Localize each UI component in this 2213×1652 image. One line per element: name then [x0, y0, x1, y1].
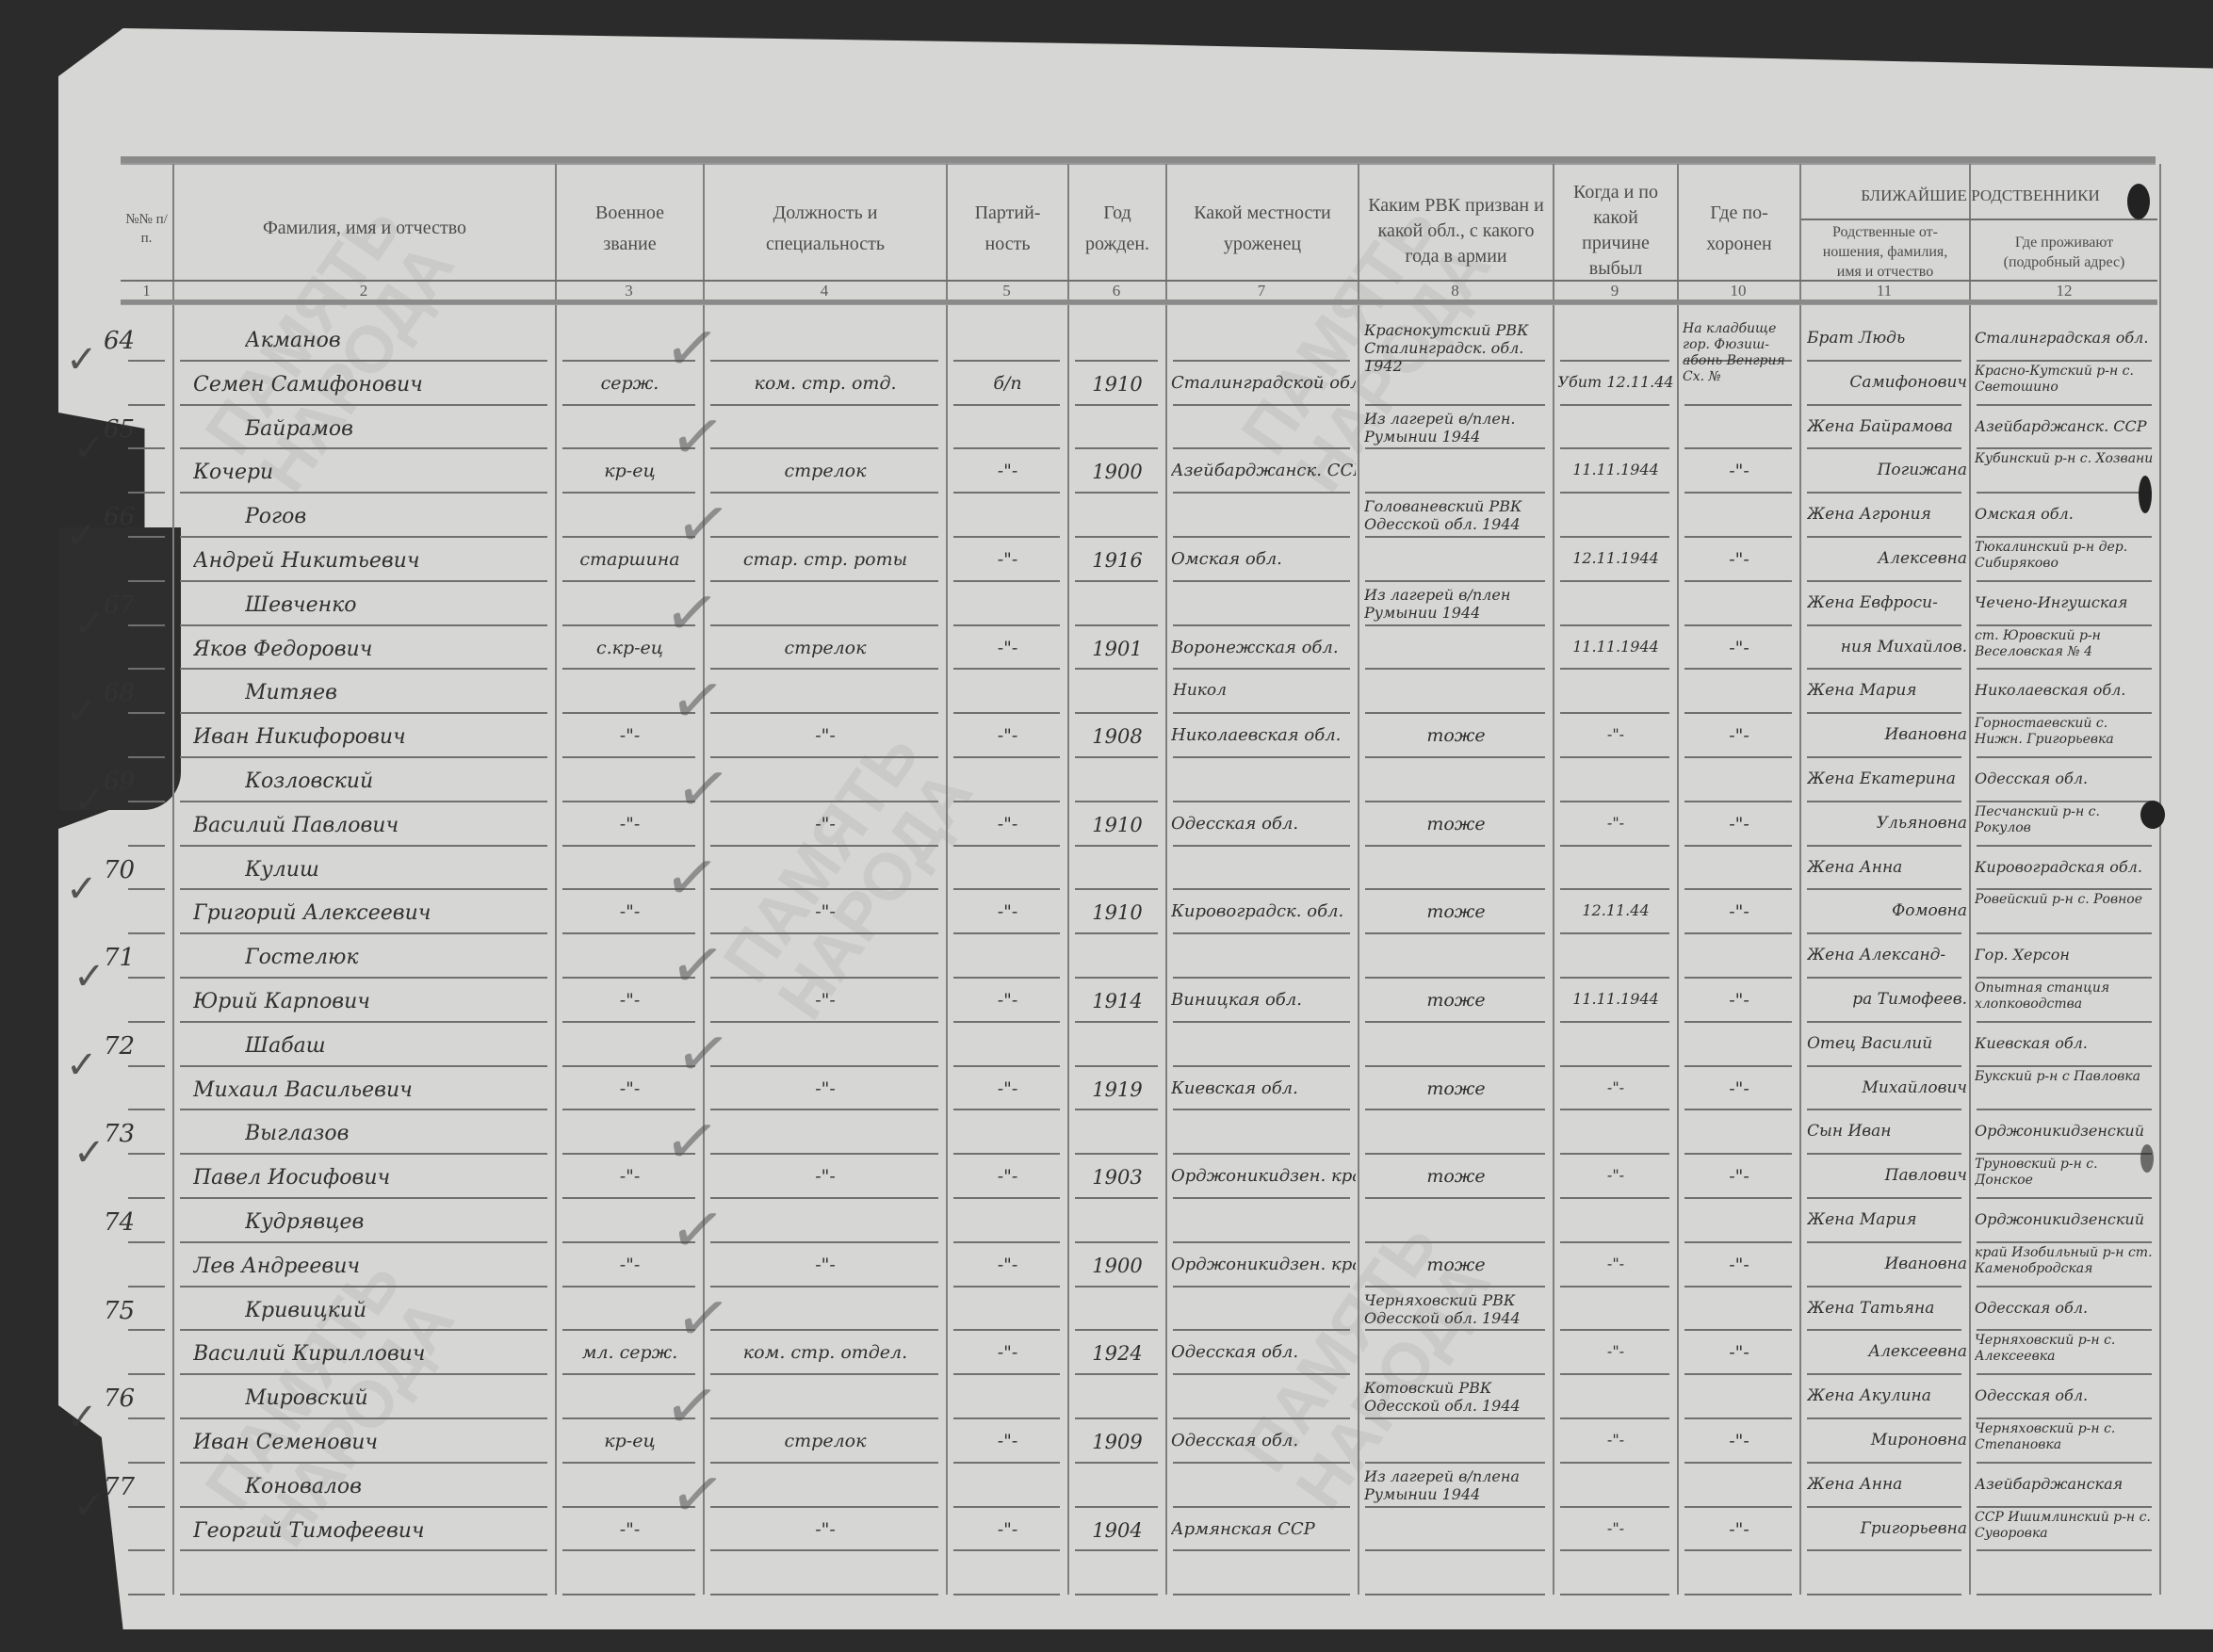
row-line	[1560, 360, 1669, 362]
row-line	[1075, 1109, 1158, 1110]
row-line	[1977, 1329, 2152, 1331]
row-line	[953, 1373, 1060, 1375]
row-line	[180, 977, 547, 979]
row-line	[180, 845, 547, 847]
paper-hole	[2127, 184, 2150, 219]
row-line	[1173, 404, 1350, 406]
given-name-patronymic: Василий Кириллович	[193, 1342, 551, 1366]
relative-address-2: Красно-Кутский р-н с. Светошино	[1975, 364, 2156, 403]
row-number: 70	[104, 856, 135, 884]
row-line	[1807, 1286, 1961, 1288]
relative-name-2: Ивановна	[1818, 1255, 1967, 1273]
row-line	[1684, 580, 1792, 582]
row-line	[1977, 1462, 2152, 1464]
row-line	[180, 447, 547, 449]
row-line	[1173, 1153, 1350, 1155]
origin: Одесская обл.	[1171, 1431, 1356, 1450]
burial-place: -"-	[1679, 725, 1799, 746]
row-line	[1560, 1462, 1669, 1464]
row-line	[180, 1549, 547, 1551]
row-line	[128, 1197, 165, 1199]
surname: Рогов	[245, 505, 546, 528]
row-line	[1365, 1153, 1545, 1155]
row-line	[1075, 1549, 1158, 1551]
margin-check-icon: ✓	[66, 867, 98, 911]
party-affiliation: -"-	[948, 1431, 1067, 1451]
origin: Кировоградск. обл.	[1171, 901, 1356, 921]
row-line	[1075, 492, 1158, 494]
row-line	[1560, 1417, 1669, 1419]
checkmark-icon: ✓	[671, 747, 736, 831]
origin: Азейбарджанск. ССР	[1171, 461, 1356, 480]
row-number: 74	[104, 1208, 135, 1237]
row-line	[710, 624, 938, 626]
relative-name-1: Жена Агрония	[1807, 505, 1967, 524]
row-line	[1075, 712, 1158, 714]
row-line	[180, 1197, 547, 1199]
header-col-8: Каким РВК призван и какой обл., с какого…	[1359, 179, 1553, 283]
row-line	[1560, 1065, 1669, 1067]
birth-year: 1901	[1069, 638, 1165, 660]
row-line	[710, 1417, 938, 1419]
row-line	[1560, 1329, 1669, 1331]
given-name-patronymic: Иван Семенович	[193, 1431, 551, 1454]
row-line	[180, 360, 547, 362]
date-reason-left: 11.11.1944	[1554, 461, 1677, 478]
column-number: 5	[946, 282, 1067, 300]
row-line	[953, 1594, 1060, 1595]
header-col-11: Родственные от- ношения, фамилия, имя и …	[1801, 221, 1969, 283]
row-line	[710, 668, 938, 670]
row-line	[128, 580, 165, 582]
row-line	[1977, 1021, 2152, 1023]
row-line	[1807, 1373, 1961, 1375]
row-line	[1075, 1241, 1158, 1243]
row-line	[1977, 756, 2152, 758]
row-line	[953, 1065, 1060, 1067]
checkmark-icon: ✓	[665, 659, 730, 743]
birth-year: 1916	[1069, 549, 1165, 572]
column-number: 4	[703, 282, 946, 300]
column-divider	[1677, 164, 1679, 1595]
burial-place: -"-	[1679, 1166, 1799, 1187]
party-affiliation: -"-	[948, 1342, 1067, 1363]
row-line	[710, 1065, 938, 1067]
origin: Армянская ССР	[1171, 1519, 1356, 1539]
margin-check-icon: ✓	[73, 1484, 106, 1528]
birth-year: 1900	[1069, 1255, 1165, 1277]
birth-year: 1903	[1069, 1166, 1165, 1189]
conscription-office: тоже	[1359, 1166, 1553, 1187]
date-reason-left: -"-	[1554, 1078, 1677, 1096]
row-line	[1807, 668, 1961, 670]
position: -"-	[705, 814, 946, 834]
surname: Кривицкий	[245, 1299, 546, 1322]
row-line	[1807, 1506, 1961, 1508]
row-number: 75	[104, 1297, 135, 1325]
position: -"-	[705, 1519, 946, 1540]
row-line	[1977, 888, 2152, 890]
position: стрелок	[705, 638, 946, 658]
row-line	[710, 404, 938, 406]
relative-address-1: Омская обл.	[1975, 505, 2156, 523]
row-line	[1807, 1197, 1961, 1199]
column-divider	[1799, 164, 1801, 1595]
row-line	[1684, 1241, 1792, 1243]
row-line	[128, 712, 165, 714]
row-line	[1365, 756, 1545, 758]
position: -"-	[705, 1255, 946, 1275]
row-line	[128, 1286, 165, 1288]
relative-address-1: Киевская обл.	[1975, 1034, 2156, 1052]
row-line	[710, 1506, 938, 1508]
row-line	[953, 977, 1060, 979]
surname: Кулиш	[245, 858, 546, 882]
row-line	[128, 1241, 165, 1243]
row-line	[1560, 977, 1669, 979]
row-line	[710, 1197, 938, 1199]
row-line	[1977, 1417, 2152, 1419]
row-line	[1807, 1065, 1961, 1067]
row-line	[180, 624, 547, 626]
row-line	[1560, 668, 1669, 670]
date-reason-left: -"-	[1554, 814, 1677, 832]
row-line	[1173, 624, 1350, 626]
row-line	[1977, 360, 2152, 362]
column-divider	[1358, 164, 1359, 1595]
row-line	[128, 668, 165, 670]
row-line	[180, 1153, 547, 1155]
origin: Орджоникидзен. край	[1171, 1166, 1356, 1186]
burial-place: -"-	[1679, 549, 1799, 570]
row-line	[562, 492, 695, 494]
row-line	[1684, 888, 1792, 890]
row-line	[1075, 1594, 1158, 1595]
relatives-group-divider	[1801, 219, 2157, 220]
birth-year: 1908	[1069, 725, 1165, 748]
row-number: 71	[104, 944, 135, 972]
relative-name-2: Михайлович	[1818, 1078, 1967, 1097]
position: стрелок	[705, 461, 946, 481]
row-line	[1807, 1241, 1961, 1243]
checkmark-icon: ✓	[671, 1012, 736, 1095]
conscription-office: тоже	[1359, 814, 1553, 834]
row-line	[180, 1065, 547, 1067]
row-line	[1807, 624, 1961, 626]
row-line	[1173, 1109, 1350, 1110]
row-line	[1365, 492, 1545, 494]
paper-hole	[2140, 801, 2165, 829]
row-line	[1173, 1462, 1350, 1464]
row-line	[1560, 447, 1669, 449]
row-line	[710, 360, 938, 362]
row-line	[1684, 845, 1792, 847]
origin: Омская обл.	[1171, 549, 1356, 569]
surname: Гостелюк	[245, 946, 546, 969]
row-line	[1977, 1241, 2152, 1243]
row-line	[1173, 756, 1350, 758]
row-line	[710, 1329, 938, 1331]
row-line	[128, 492, 165, 494]
birth-year: 1910	[1069, 901, 1165, 924]
row-line	[1075, 1286, 1158, 1288]
row-line	[1684, 712, 1792, 714]
row-line	[180, 404, 547, 406]
header-col-1: №№ п/п.	[121, 179, 172, 278]
origin-continuation: Никол	[1173, 681, 1352, 700]
position: -"-	[705, 1078, 946, 1099]
burial-place: -"-	[1679, 1255, 1799, 1275]
origin: Воронежская обл.	[1171, 638, 1356, 657]
row-line	[1075, 447, 1158, 449]
relative-name-1: Жена Екатерина	[1807, 769, 1967, 788]
date-reason-left: -"-	[1554, 725, 1677, 743]
row-line	[710, 536, 938, 538]
row-line	[1807, 1462, 1961, 1464]
relative-address-1: Николаевская обл.	[1975, 681, 2156, 699]
row-line	[1173, 1594, 1350, 1595]
row-line	[180, 580, 547, 582]
row-line	[128, 624, 165, 626]
conscription-office: тоже	[1359, 1255, 1553, 1275]
relative-address-1: Сталинградская обл.	[1975, 329, 2156, 347]
row-line	[1173, 360, 1350, 362]
row-line	[1075, 845, 1158, 847]
row-line	[180, 668, 547, 670]
checkmark-icon: ✓	[665, 924, 730, 1008]
row-line	[1977, 1594, 2152, 1595]
row-line	[128, 1417, 165, 1419]
surname: Мировский	[245, 1386, 546, 1410]
conscription-office: Из лагерей в/плен. Румынии 1944	[1364, 410, 1548, 493]
birth-year: 1919	[1069, 1078, 1165, 1101]
row-line	[128, 1109, 165, 1110]
relative-address-1: Одесская обл.	[1975, 769, 2156, 787]
row-line	[562, 1021, 695, 1023]
row-line	[1684, 1506, 1792, 1508]
row-line	[1807, 1549, 1961, 1551]
row-line	[1977, 624, 2152, 626]
relative-address-2: Кубинский р-н с. Хозвани	[1975, 451, 2156, 491]
header-col-2: Фамилия, имя и отчество	[174, 179, 555, 278]
birth-year: 1910	[1069, 814, 1165, 836]
row-line	[1684, 668, 1792, 670]
checkmark-icon: ✓	[659, 571, 724, 655]
row-line	[180, 1241, 547, 1243]
row-line	[953, 1197, 1060, 1199]
row-line	[710, 932, 938, 934]
birth-year: 1924	[1069, 1342, 1165, 1365]
row-line	[953, 1549, 1060, 1551]
row-line	[128, 360, 165, 362]
party-affiliation: -"-	[948, 990, 1067, 1011]
row-line	[1560, 580, 1669, 582]
row-line	[1684, 1065, 1792, 1067]
checkmark-icon: ✓	[665, 1188, 730, 1271]
checkmark-icon: ✓	[659, 1100, 724, 1184]
row-line	[1807, 404, 1961, 406]
row-line	[953, 447, 1060, 449]
row-line	[1075, 536, 1158, 538]
position: -"-	[705, 725, 946, 746]
date-reason-left: 12.11.1944	[1554, 549, 1677, 567]
relative-address-2: Тюкалинский р-н дер. Сибиряково	[1975, 540, 2156, 579]
row-line	[1365, 1241, 1545, 1243]
relative-name-1: Жена Мария	[1807, 681, 1967, 700]
paper-hole	[2140, 1144, 2154, 1173]
column-number: 9	[1553, 282, 1677, 300]
row-line	[180, 712, 547, 714]
row-number: 67	[104, 591, 135, 620]
row-line	[1075, 1197, 1158, 1199]
row-line	[1075, 977, 1158, 979]
row-line	[1977, 580, 2152, 582]
row-line	[953, 492, 1060, 494]
row-line	[1173, 1197, 1350, 1199]
margin-check-icon: ✓	[66, 1396, 98, 1439]
row-line	[953, 1462, 1060, 1464]
row-line	[1977, 1549, 2152, 1551]
margin-check-icon: ✓	[73, 1131, 106, 1174]
row-line	[953, 1109, 1060, 1110]
row-line	[1075, 1506, 1158, 1508]
checkmark-icon: ✓	[665, 1452, 730, 1536]
row-line	[1173, 1021, 1350, 1023]
margin-check-icon: ✓	[73, 779, 106, 822]
row-line	[1684, 1153, 1792, 1155]
row-line	[953, 1329, 1060, 1331]
party-affiliation: -"-	[948, 1166, 1067, 1187]
birth-year: 1909	[1069, 1431, 1165, 1453]
checkmark-icon: ✓	[659, 835, 724, 919]
relative-address-1: Одесская обл.	[1975, 1299, 2156, 1317]
row-number: 76	[104, 1385, 135, 1413]
party-affiliation: -"-	[948, 901, 1067, 922]
relative-name-1: Жена Александ-	[1807, 946, 1967, 964]
given-name-patronymic: Иван Никифорович	[193, 725, 551, 749]
margin-check-icon: ✓	[66, 514, 98, 558]
row-line	[1977, 977, 2152, 979]
row-line	[1173, 712, 1350, 714]
relative-name-2: Погижана	[1818, 461, 1967, 479]
relative-name-1: Отец Василий	[1807, 1034, 1967, 1053]
row-line	[1684, 1021, 1792, 1023]
origin: Одесская обл.	[1171, 1342, 1356, 1362]
row-line	[1173, 1417, 1350, 1419]
row-number: 64	[104, 327, 135, 355]
row-line	[1560, 845, 1669, 847]
burial-place: -"-	[1679, 461, 1799, 481]
paper-hole	[2139, 476, 2152, 513]
row-line	[180, 932, 547, 934]
row-line	[1173, 668, 1350, 670]
conscription-office: Черняховский РВК Одесской обл. 1944	[1364, 1291, 1548, 1374]
row-line	[1977, 492, 2152, 494]
date-reason-left: -"-	[1554, 1519, 1677, 1537]
column-number: 12	[1969, 282, 2159, 300]
relative-name-1: Жена Акулина	[1807, 1386, 1967, 1405]
birth-year: 1914	[1069, 990, 1165, 1012]
row-line	[1173, 888, 1350, 890]
relative-address-1: Орджоникидзенский	[1975, 1210, 2156, 1228]
row-line	[710, 977, 938, 979]
date-reason-left: 11.11.1944	[1554, 990, 1677, 1008]
conscription-office: Из лагерей в/плена Румынии 1944	[1364, 1467, 1548, 1550]
relative-name-1: Жена Мария	[1807, 1210, 1967, 1229]
row-line	[128, 932, 165, 934]
row-line	[1075, 801, 1158, 802]
relative-address-1: Чечено-Ингушская	[1975, 593, 2156, 611]
row-line	[1560, 801, 1669, 802]
row-line	[1807, 1594, 1961, 1595]
row-line	[1560, 1153, 1669, 1155]
row-line	[953, 668, 1060, 670]
surname: Акманов	[245, 329, 546, 352]
row-line	[180, 1109, 547, 1110]
birth-year: 1900	[1069, 461, 1165, 483]
row-line	[1684, 1594, 1792, 1595]
row-line	[1365, 932, 1545, 934]
surname: Байрамов	[245, 417, 546, 441]
row-line	[1807, 801, 1961, 802]
conscription-office: Котовский РВК Одесской обл. 1944	[1364, 1379, 1548, 1462]
relative-name-1: Жена Анна	[1807, 1475, 1967, 1494]
row-line	[128, 404, 165, 406]
party-affiliation: -"-	[948, 814, 1067, 834]
row-line	[1075, 932, 1158, 934]
position: ком. стр. отд.	[705, 373, 946, 394]
surname: Шевченко	[245, 593, 546, 617]
row-line	[1807, 756, 1961, 758]
row-line	[1560, 932, 1669, 934]
party-affiliation: -"-	[948, 1255, 1067, 1275]
row-line	[180, 1329, 547, 1331]
row-line	[128, 1153, 165, 1155]
row-line	[1173, 1506, 1350, 1508]
row-line	[128, 1329, 165, 1331]
row-line	[1977, 1153, 2152, 1155]
row-line	[1977, 712, 2152, 714]
row-line	[710, 888, 938, 890]
given-name-patronymic: Кочери	[193, 461, 551, 484]
margin-check-icon: ✓	[73, 603, 106, 646]
row-line	[1560, 1109, 1669, 1110]
row-line	[953, 756, 1060, 758]
row-line	[1560, 1197, 1669, 1199]
row-line	[1684, 1417, 1792, 1419]
row-line	[128, 1462, 165, 1464]
relative-name-2: Алексевна	[1818, 549, 1967, 568]
row-line	[1365, 1462, 1545, 1464]
row-line	[128, 801, 165, 802]
row-line	[1560, 712, 1669, 714]
row-line	[1075, 1065, 1158, 1067]
row-line	[128, 888, 165, 890]
surname: Выглазов	[245, 1122, 546, 1145]
row-line	[1365, 1109, 1545, 1110]
row-line	[1365, 801, 1545, 802]
column-divider	[2159, 164, 2161, 1595]
row-line	[1365, 1594, 1545, 1595]
relative-address-2: Черняховский р-н с. Степановка	[1975, 1421, 2156, 1461]
burial-place: -"-	[1679, 1431, 1799, 1451]
row-line	[562, 1549, 695, 1551]
row-number: 65	[104, 415, 135, 444]
row-line	[710, 492, 938, 494]
surname: Кудрявцев	[245, 1210, 546, 1234]
row-line	[1173, 1241, 1350, 1243]
row-line	[1173, 1065, 1350, 1067]
